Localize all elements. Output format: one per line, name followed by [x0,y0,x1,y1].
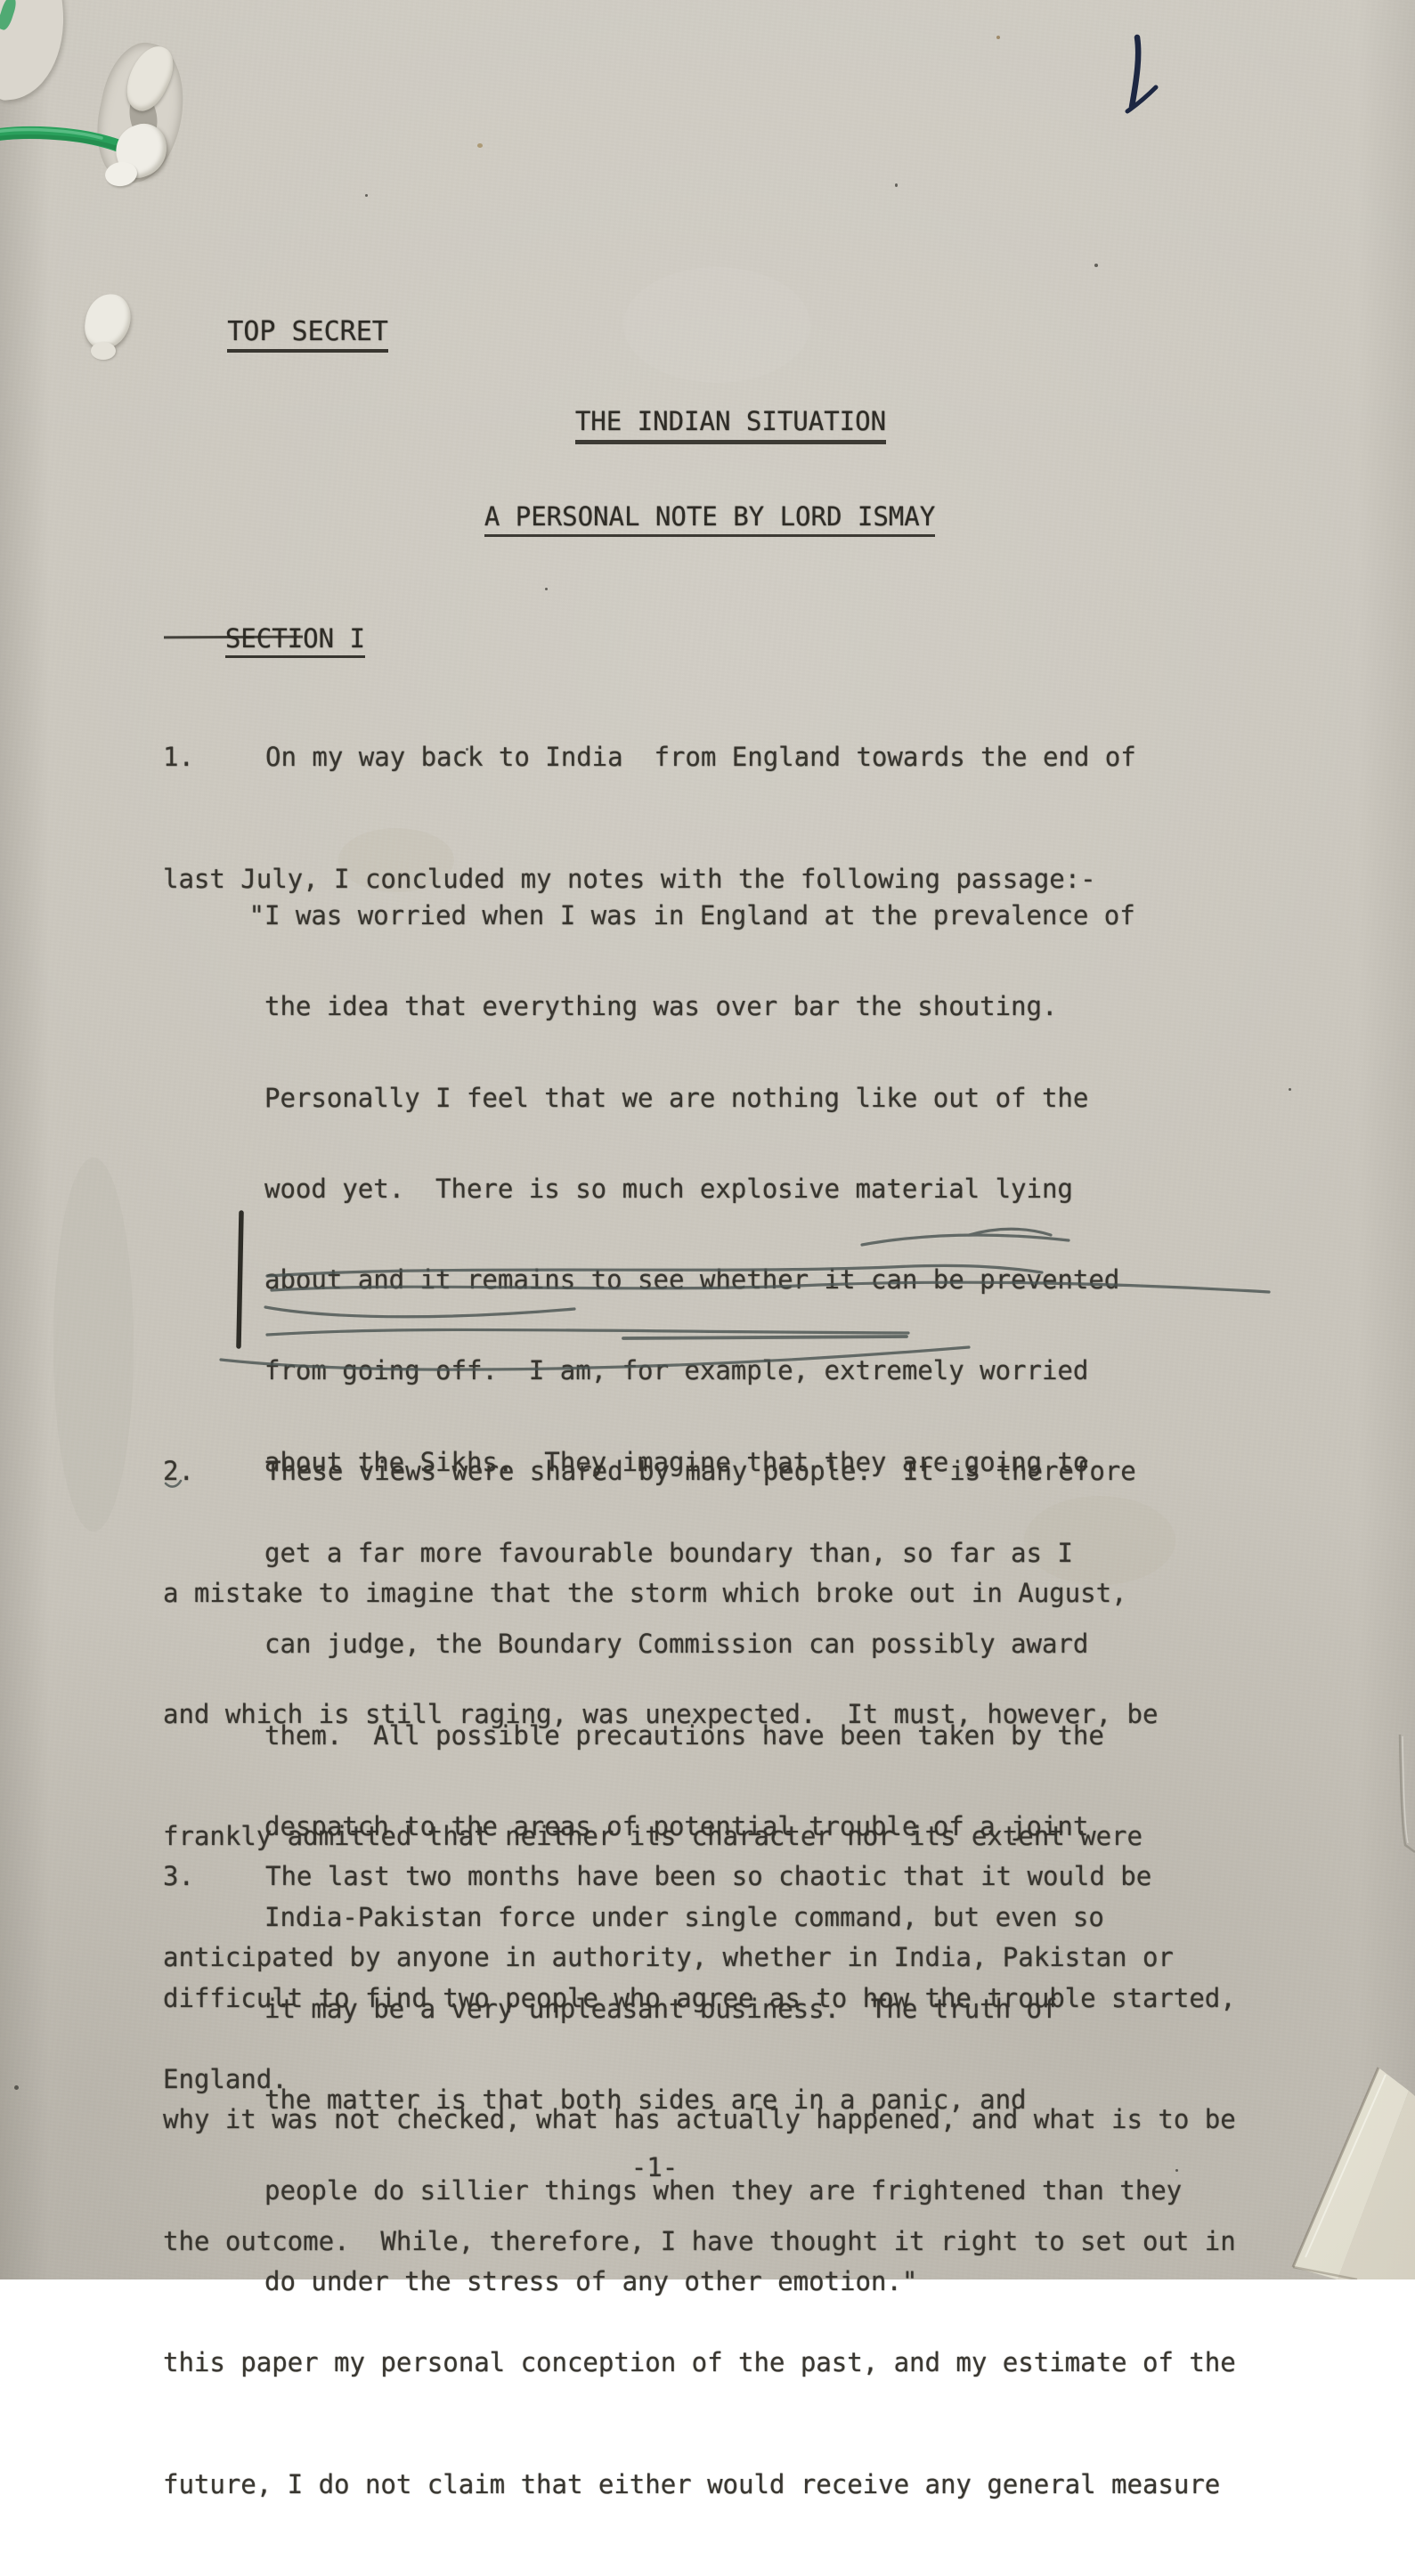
handwritten-page-number [1127,37,1156,111]
paper-speck [365,194,368,197]
quote-line: about and it remains to see whether it c… [264,1264,1182,1295]
quote-line: the idea that everything was over bar th… [264,991,1182,1021]
document-page: TOP SECRET THE INDIAN SITUATION A PERSON… [0,0,1415,2279]
paragraph-3: 3.The last two months have been so chaot… [163,1785,1236,2279]
paper-speck [14,2085,19,2090]
paper-speck [1289,1088,1291,1091]
paragraph-line-text: On my way back to India from England tow… [265,742,1136,772]
section-heading-text: SECTION I [225,626,365,658]
paragraph-line: difficult to find two people who agree a… [163,1968,1236,2029]
paragraph-line: the outcome. While, therefore, I have th… [163,2211,1236,2272]
paragraph-line: and which is still raging, was unexpecte… [163,1684,1174,1745]
paragraph-number: 1. [163,727,265,788]
paragraph-line: 2.These views were shared by many people… [163,1441,1174,1502]
quote-line: wood yet. There is so much explosive mat… [264,1174,1182,1204]
paper-speck [1094,264,1098,267]
page-number: -1- [539,2137,770,2198]
rust-speck [996,36,1000,39]
paper-crease [1400,1735,1415,1852]
quote-line: Personally I feel that we are nothing li… [264,1083,1182,1113]
classification-text: TOP SECRET [227,319,388,353]
corner-fold [1293,2068,1415,2279]
quote-line: "I was worried when I was in England at … [249,900,1183,930]
document-title: THE INDIAN SITUATION [513,383,886,470]
paper-speck [545,588,548,590]
paragraph-line-text: The last two months have been so chaotic… [265,1861,1151,1891]
document-subtitle-text: A PERSONAL NOTE BY LORD ISMAY [484,504,935,537]
document-subtitle: A PERSONAL NOTE BY LORD ISMAY [422,478,935,563]
margin-emphasis-line [239,1213,241,1346]
paragraph-line: a mistake to imagine that the storm whic… [163,1563,1174,1624]
rust-speck [477,143,483,148]
paragraph-number: 3. [163,1846,265,1907]
paper-stain [53,1158,134,1532]
paper-speck [895,183,898,187]
torn-paper-curl [91,342,116,360]
paragraph-line-text: These views were shared by many people. … [265,1456,1136,1486]
paragraph-line: 1.On my way back to India from England t… [163,727,1136,788]
paragraph-number: 2. [163,1441,265,1502]
paper-stain [623,267,810,383]
paragraph-line: 3.The last two months have been so chaot… [163,1846,1236,1907]
document-title-text: THE INDIAN SITUATION [575,409,886,444]
classification-stamp: TOP SECRET [163,292,388,379]
